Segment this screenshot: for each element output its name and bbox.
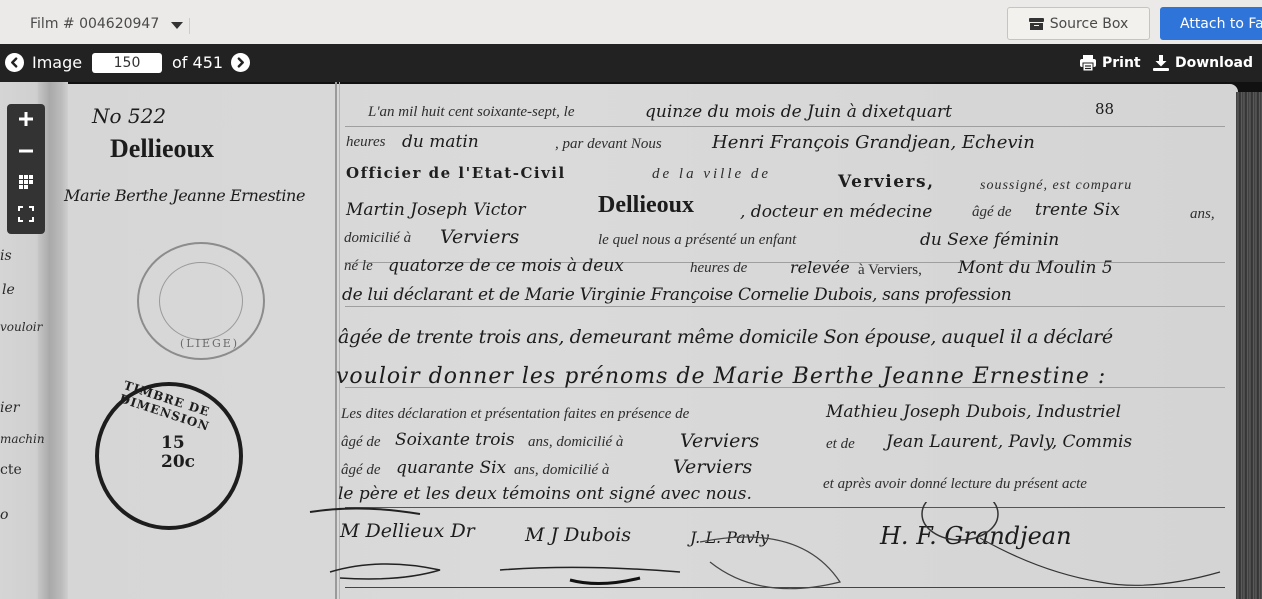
previous-image-button[interactable]: [5, 53, 24, 72]
source-box-button[interactable]: Source Box: [1007, 7, 1150, 40]
grid-icon: [17, 173, 35, 191]
film-selector[interactable]: Film # 004620947: [30, 16, 183, 32]
download-button[interactable]: Download: [1152, 54, 1253, 72]
signature-flourishes: [280, 502, 1240, 599]
chevron-left-icon: [9, 57, 20, 68]
plus-icon: [17, 110, 35, 128]
revenue-stamp: TIMBRE DE DIMENSION 15 20c: [95, 382, 243, 530]
chevron-right-icon: [235, 57, 246, 68]
left-page-text: cte: [0, 462, 22, 478]
fullscreen-button[interactable]: [7, 200, 45, 228]
top-header: Film # 004620947 Source Box Attach to Fa…: [0, 0, 1262, 44]
record-given-names: Marie Berthe Jeanne Ernestine: [64, 186, 305, 205]
zoom-controls: [7, 104, 45, 234]
attach-label: Attach to Family Tree: [1180, 16, 1262, 32]
print-button[interactable]: Print: [1079, 54, 1141, 72]
minus-icon: [17, 142, 35, 160]
divider: [189, 18, 190, 34]
record-surname: Dellieoux: [110, 134, 214, 164]
image-viewer-toolbar: Image of 451 Print Download: [0, 44, 1262, 82]
archive-box-icon: [1029, 18, 1044, 30]
download-label: Download: [1175, 55, 1253, 71]
caret-down-icon[interactable]: [171, 22, 183, 29]
left-page-text: ier: [0, 400, 19, 416]
download-icon: [1152, 54, 1170, 72]
left-page-text: machin: [0, 432, 45, 446]
next-image-button[interactable]: [231, 53, 250, 72]
record-number: No 522: [92, 104, 166, 128]
total-images-label: of 451: [172, 53, 223, 72]
municipal-seal: (LIEGE): [137, 242, 265, 360]
zoom-out-button[interactable]: [7, 137, 45, 165]
film-number-label: Film # 004620947: [30, 16, 159, 32]
left-page-text: o: [0, 507, 8, 523]
image-label: Image: [32, 53, 82, 72]
gallery-view-button[interactable]: [7, 168, 45, 196]
record-image-viewer[interactable]: is le vouloir ier machin cte o No 522 De…: [0, 82, 1262, 599]
print-label: Print: [1102, 55, 1141, 71]
attach-to-family-tree-button[interactable]: Attach to Family Tree: [1160, 7, 1262, 40]
left-page-text: is: [0, 248, 12, 264]
zoom-in-button[interactable]: [7, 105, 45, 133]
left-page-text: vouloir: [0, 320, 42, 334]
source-box-label: Source Box: [1050, 16, 1129, 32]
fullscreen-icon: [17, 205, 35, 223]
printer-icon: [1079, 54, 1097, 72]
left-page-text: le: [2, 282, 15, 298]
image-number-input[interactable]: [92, 53, 162, 73]
